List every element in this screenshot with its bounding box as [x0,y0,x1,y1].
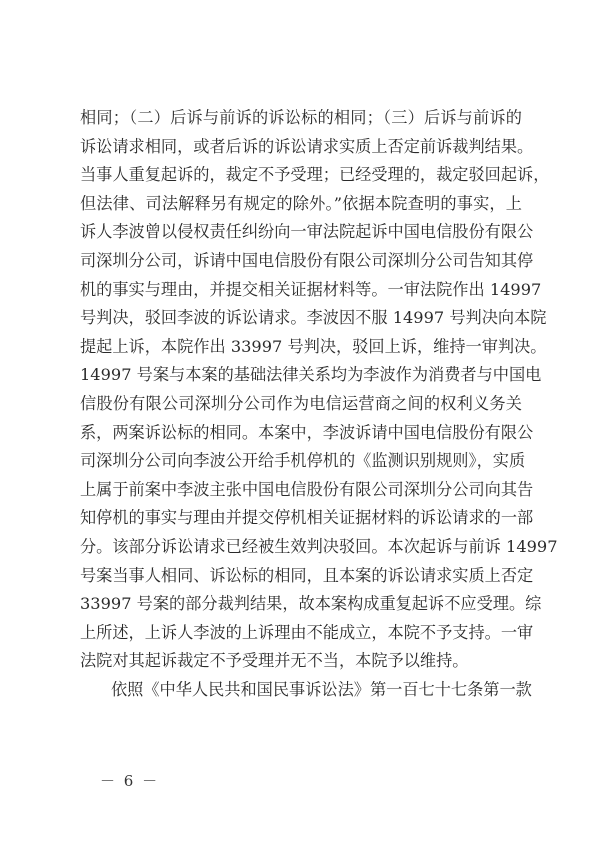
text-line: 系，两案诉讼标的相同。本案中，李波诉请中国电信股份有限公 [80,419,522,448]
text-line: 信股份有限公司深圳分公司作为电信运营商之间的权利义务关 [80,390,522,419]
text-line: 14997 号案与本案的基础法律关系均为李波作为消费者与中国电 [80,361,522,390]
document-page: 相同；（二）后诉与前诉的诉讼标的相同；（三）后诉与前诉的 诉讼请求相同，或者后诉… [0,0,599,848]
text-line: 法院对其起诉裁定不予受理并无不当，本院予以维持。 [80,647,522,676]
text-line: 当事人重复起诉的，裁定不予受理；已经受理的，裁定驳回起诉， [80,161,522,190]
paragraph-start-line: 依照《中华人民共和国民事诉讼法》第一百七十七条第一款 [80,676,522,705]
text-line: 司深圳分公司，诉请中国电信股份有限公司深圳分公司告知其停 [80,247,522,276]
text-line: 知停机的事实与理由并提交停机相关证据材料的诉讼请求的一部 [80,504,522,533]
text-line: 号案当事人相同、诉讼标的相同，且本案的诉讼请求实质上否定 [80,562,522,591]
text-line: 诉人李波曾以侵权责任纠纷向一审法院起诉中国电信股份有限公 [80,218,522,247]
text-line: 但法律、司法解释另有规定的除外。”依据本院查明的事实，上 [80,190,522,219]
text-line: 机的事实与理由，并提交相关证据材料等。一审法院作出 14997 [80,276,522,305]
text-line: 诉讼请求相同，或者后诉的诉讼请求实质上否定前诉裁判结果。 [80,133,522,162]
text-line: 分。该部分诉讼请求已经被生效判决驳回。本次起诉与前诉 14997 [80,533,522,562]
text-line: 上属于前案中李波主张中国电信股份有限公司深圳分公司向其告 [80,476,522,505]
text-line: 上所述，上诉人李波的上诉理由不能成立，本院不予支持。一审 [80,619,522,648]
text-line: 号判决，驳回李波的诉讼请求。李波因不服 14997 号判决向本院 [80,304,522,333]
text-line: 相同；（二）后诉与前诉的诉讼标的相同；（三）后诉与前诉的 [80,104,522,133]
text-line: 提起上诉，本院作出 33997 号判决，驳回上诉，维持一审判决。 [80,333,522,362]
text-line: 33997 号案的部分裁判结果，故本案构成重复起诉不应受理。综 [80,590,522,619]
text-line: 司深圳分公司向李波公开给手机停机的《监测识别规则》，实质 [80,447,522,476]
page-number: － 6 － [100,770,159,791]
document-body: 相同；（二）后诉与前诉的诉讼标的相同；（三）后诉与前诉的 诉讼请求相同，或者后诉… [80,104,522,704]
